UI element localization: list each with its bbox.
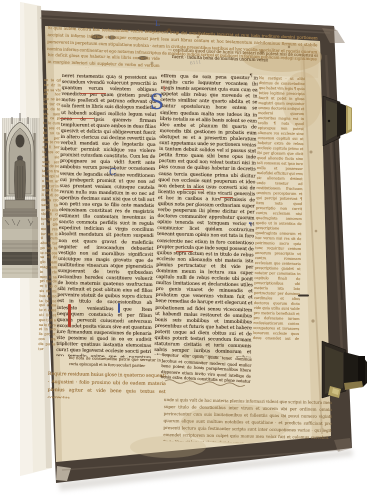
engraving-illustration: [2, 113, 40, 278]
rubric-letter-t: t: [163, 86, 166, 93]
note-under-right-column: Sequitur alia opinio quam tenet dominus …: [161, 352, 252, 385]
main-text-left-column: heret restamentis quia si possident sua …: [56, 74, 157, 358]
pilcrow-dark: ¶: [250, 74, 253, 79]
clasp-lower: [322, 341, 367, 398]
rubric-underline: [220, 197, 233, 198]
initial-s-blue: S: [150, 92, 164, 113]
initial-c-blue: C: [109, 168, 116, 178]
rubric-underline: [80, 93, 106, 94]
paragraph-i-blue: [118, 303, 120, 313]
clasp-upper: [323, 96, 352, 146]
rubric-underline: [176, 251, 193, 252]
manuscript-photo: Si quis autem contra hoc testamentum ven…: [0, 0, 371, 500]
initial-i-red: [68, 304, 71, 327]
rubric-underline: [183, 189, 204, 190]
main-text-right-column: effrem qua de sola pena quesitor in temp…: [154, 74, 258, 357]
right-margin-gloss: No castigat · ut alibi diximus de consue…: [253, 76, 305, 342]
quire-mark: L: [155, 21, 160, 28]
rubric-underline: [60, 118, 94, 119]
pilcrow-blue: ¶: [249, 223, 253, 229]
note-bottom-right: unde si quis vult de hac materia plenius…: [163, 396, 332, 444]
note-under-left-column: hic nota de consuetudine patrie que serv…: [69, 355, 161, 369]
note-left-lower: Require residuum huius glose in quaterno…: [48, 371, 166, 400]
